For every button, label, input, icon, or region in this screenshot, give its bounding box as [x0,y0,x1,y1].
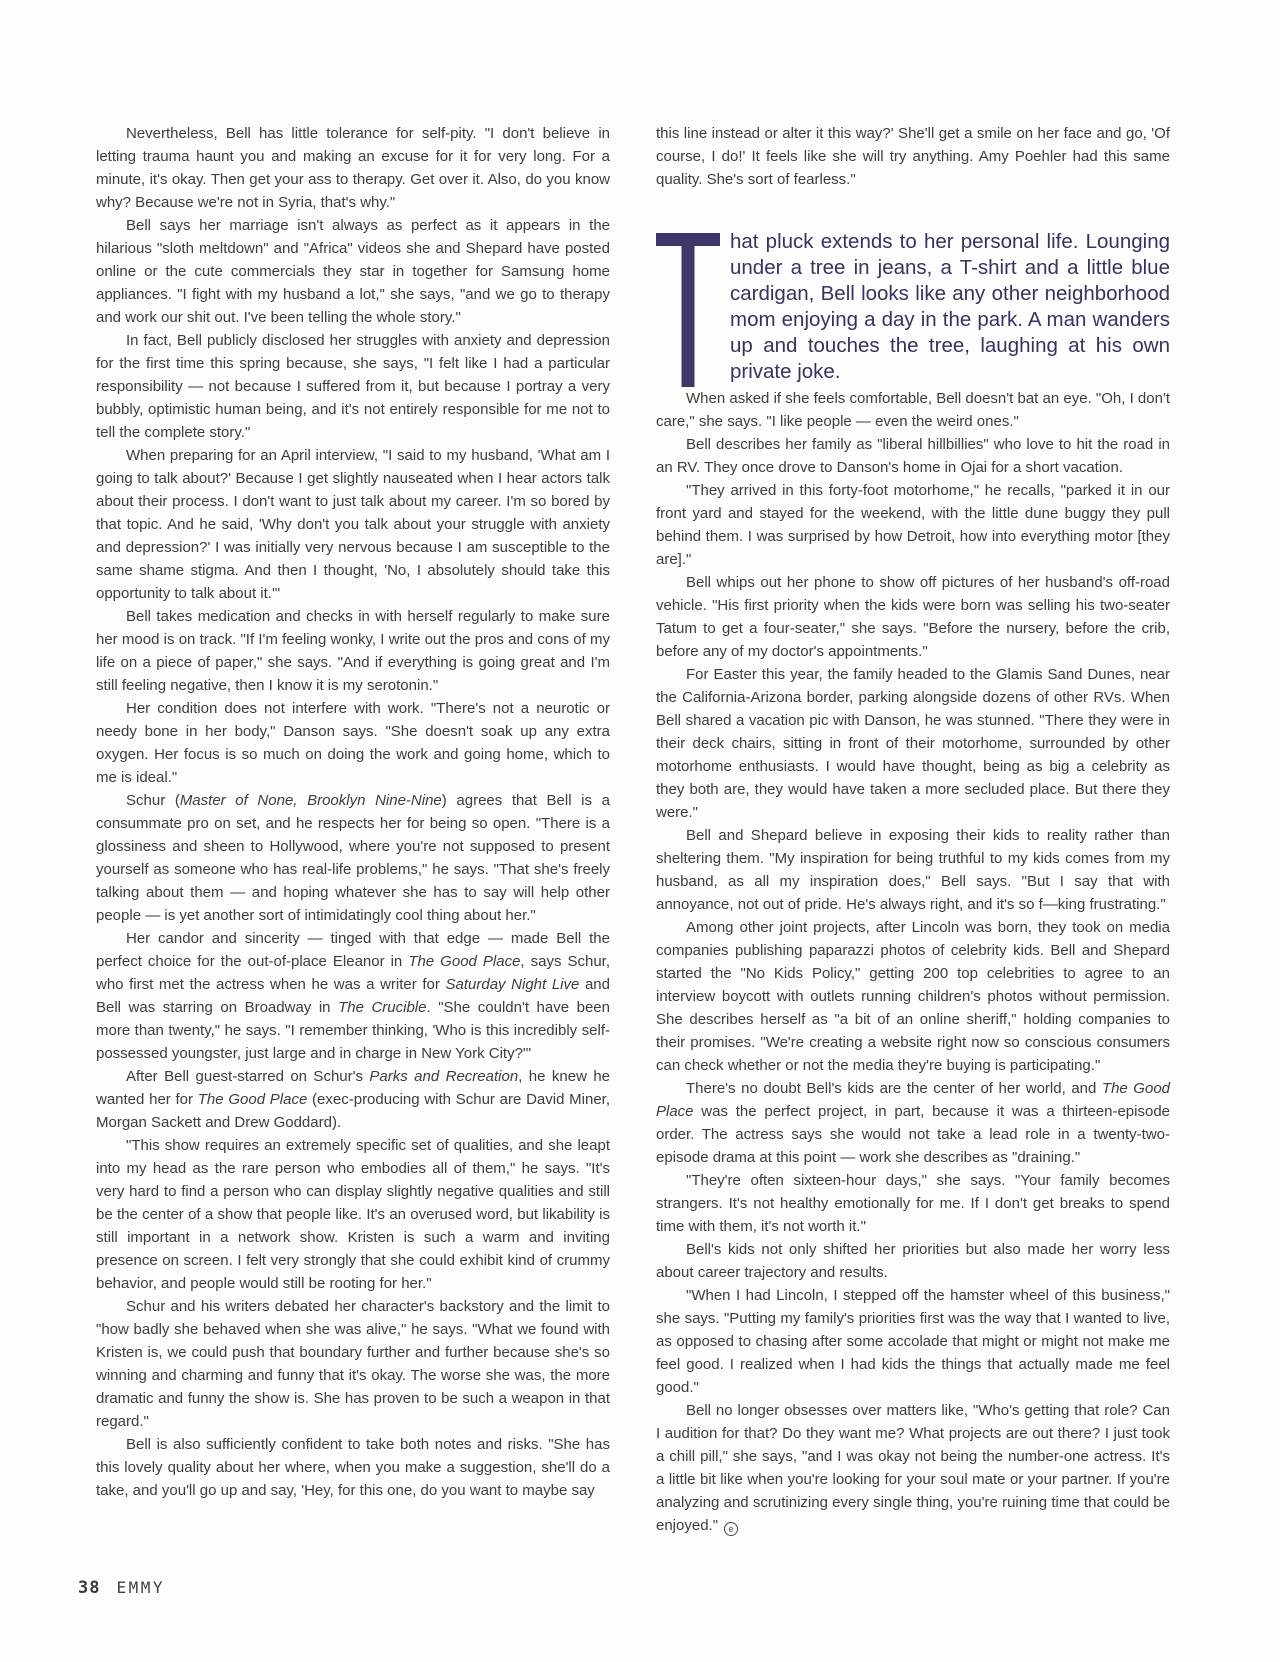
paragraph: Nevertheless, Bell has little tolerance … [96,122,610,214]
paragraph-text: Bell no longer obsesses over matters lik… [656,1402,1170,1534]
paragraph: "This show requires an extremely specifi… [96,1134,610,1295]
paragraph: Among other joint projects, after Lincol… [656,916,1170,1077]
paragraph: "When I had Lincoln, I stepped off the h… [656,1284,1170,1399]
right-column: this line instead or alter it this way?'… [656,122,1170,1537]
left-column: Nevertheless, Bell has little tolerance … [96,122,610,1502]
paragraph-text: Bell and Shepard believe in exposing the… [656,827,1170,913]
paragraph: Bell takes medication and checks in with… [96,605,610,697]
paragraph-text: Bell is also sufficiently confident to t… [96,1436,610,1499]
paragraph: Her condition does not interfere with wo… [96,697,610,789]
paragraph: In fact, Bell publicly disclosed her str… [96,329,610,444]
paragraph-text: Nevertheless, Bell has little tolerance … [96,125,610,211]
title-italic-text: Master of None, Brooklyn Nine-Nine [180,792,442,809]
paragraph-text: Bell describes her family as "liberal hi… [656,436,1170,476]
paragraph-text: For Easter this year, the family headed … [656,666,1170,821]
paragraph: When asked if she feels comfortable, Bel… [656,387,1170,433]
paragraph: Bell says her marriage isn't always as p… [96,214,610,329]
paragraph-text: Her condition does not interfere with wo… [96,700,610,786]
right-column-continuation: this line instead or alter it this way?'… [656,122,1170,191]
paragraph-text: Schur and his writers debated her charac… [96,1298,610,1430]
magazine-name: EMMY [116,1578,165,1597]
paragraph: "They arrived in this forty-foot motorho… [656,479,1170,571]
title-italic-text: Parks and Recreation [369,1068,518,1085]
paragraph-text: In fact, Bell publicly disclosed her str… [96,332,610,441]
paragraph-text: Bell's kids not only shifted her priorit… [656,1241,1170,1281]
paragraph-text: Bell takes medication and checks in with… [96,608,610,694]
paragraph-text: Bell says her marriage isn't always as p… [96,217,610,326]
paragraph-text: ) agrees that Bell is a consummate pro o… [96,792,610,924]
paragraph-text: "When I had Lincoln, I stepped off the h… [656,1287,1170,1396]
paragraph: After Bell guest-starred on Schur's Park… [96,1065,610,1134]
title-italic-text: The Good Place [408,953,520,970]
paragraph: Bell whips out her phone to show off pic… [656,571,1170,663]
paragraph-text: Among other joint projects, after Lincol… [656,919,1170,1074]
paragraph-text: There's no doubt Bell's kids are the cen… [686,1080,1102,1097]
page-number: 38 [78,1578,100,1598]
drop-cap-shape [656,233,720,387]
paragraph-text: "This show requires an extremely specifi… [96,1137,610,1292]
paragraph: Bell and Shepard believe in exposing the… [656,824,1170,916]
section-personal-life: T hat pluck extends to her personal life… [656,229,1170,1537]
paragraph-text: Bell whips out her phone to show off pic… [656,574,1170,660]
page-footer: 38EMMY [78,1578,165,1598]
title-italic-text: Saturday Night Live [446,976,580,993]
magazine-page: Nevertheless, Bell has little tolerance … [0,0,1280,1662]
paragraph-text: When asked if she feels comfortable, Bel… [656,390,1170,430]
title-italic-text: The Good Place [198,1091,308,1108]
section-intro-paragraph: hat pluck extends to her personal life. … [656,229,1170,385]
paragraph-text: "They arrived in this forty-foot motorho… [656,482,1170,568]
intro-text: hat pluck extends to her personal life. … [730,230,1170,383]
paragraph-text: "They're often sixteen-hour days," she s… [656,1172,1170,1235]
paragraph: Her candor and sincerity — tinged with t… [96,927,610,1065]
paragraph-text: When preparing for an April interview, "… [96,447,610,602]
paragraph: When preparing for an April interview, "… [96,444,610,605]
paragraph-text: this line instead or alter it this way?'… [656,125,1170,188]
paragraph-text: After Bell guest-starred on Schur's [126,1068,369,1085]
paragraph: Schur and his writers debated her charac… [96,1295,610,1433]
paragraph: Bell describes her family as "liberal hi… [656,433,1170,479]
right-column-body: When asked if she feels comfortable, Bel… [656,387,1170,1537]
end-of-article-icon: e [724,1522,738,1536]
paragraph: Bell no longer obsesses over matters lik… [656,1399,1170,1537]
paragraph-text: was the perfect project, in part, becaus… [656,1103,1170,1166]
paragraph: Schur (Master of None, Brooklyn Nine-Nin… [96,789,610,927]
paragraph: "They're often sixteen-hour days," she s… [656,1169,1170,1238]
title-italic-text: The Crucible [338,999,426,1016]
drop-cap-letter-T: T [656,233,720,387]
paragraph: this line instead or alter it this way?'… [656,122,1170,191]
paragraph: Bell is also sufficiently confident to t… [96,1433,610,1502]
paragraph: For Easter this year, the family headed … [656,663,1170,824]
paragraph-text: Schur ( [126,792,180,809]
paragraph: Bell's kids not only shifted her priorit… [656,1238,1170,1284]
paragraph: There's no doubt Bell's kids are the cen… [656,1077,1170,1169]
